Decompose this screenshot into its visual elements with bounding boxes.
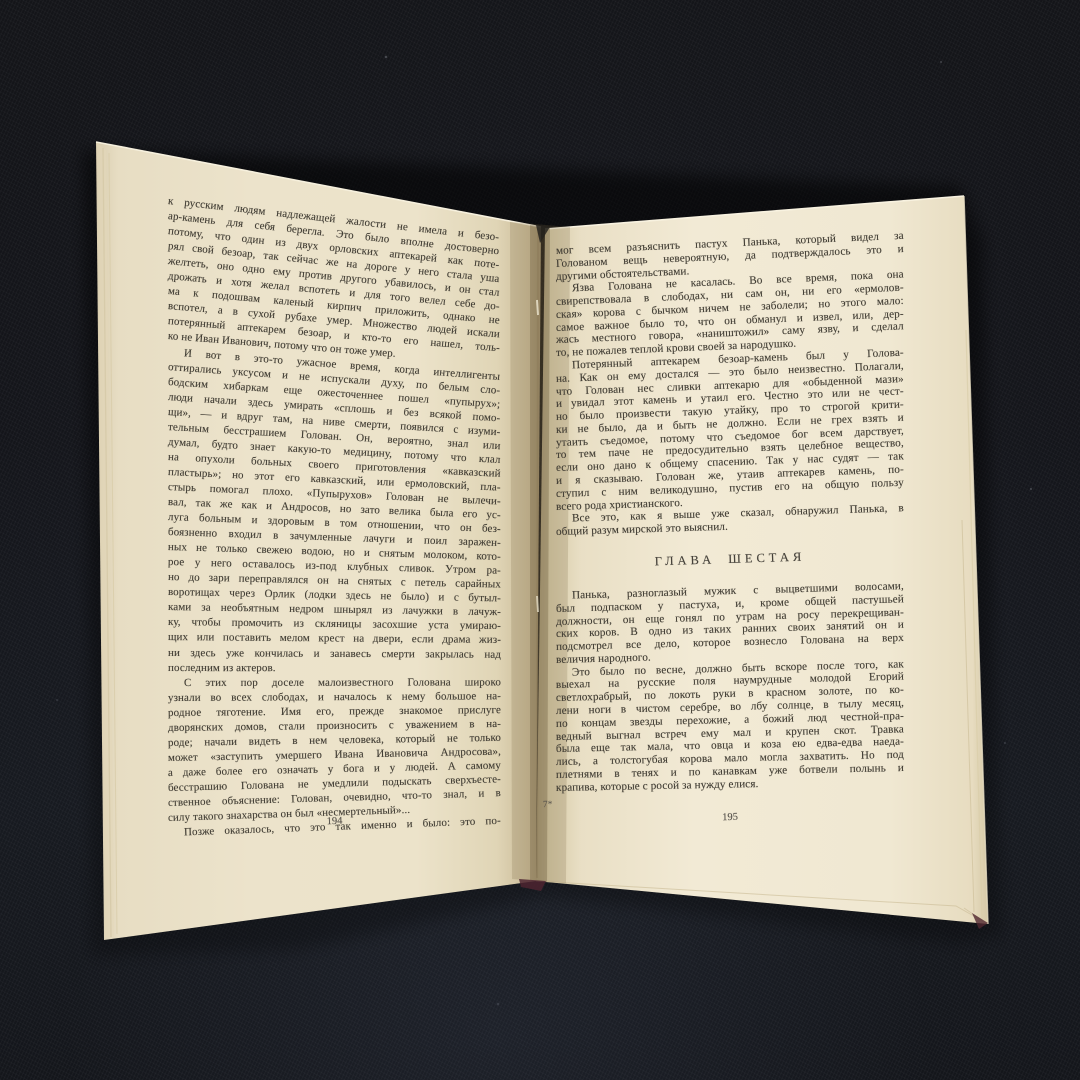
gutter-shadow-core: [530, 225, 550, 882]
binding-stitch: [537, 596, 538, 612]
gutter-fold-line: [537, 232, 538, 878]
open-book: [0, 0, 1080, 1080]
signature-mark: 7*: [543, 800, 553, 810]
photo-scene: к русским людям надлежащей жалости не им…: [0, 0, 1080, 1080]
binding-stitch: [537, 300, 538, 315]
